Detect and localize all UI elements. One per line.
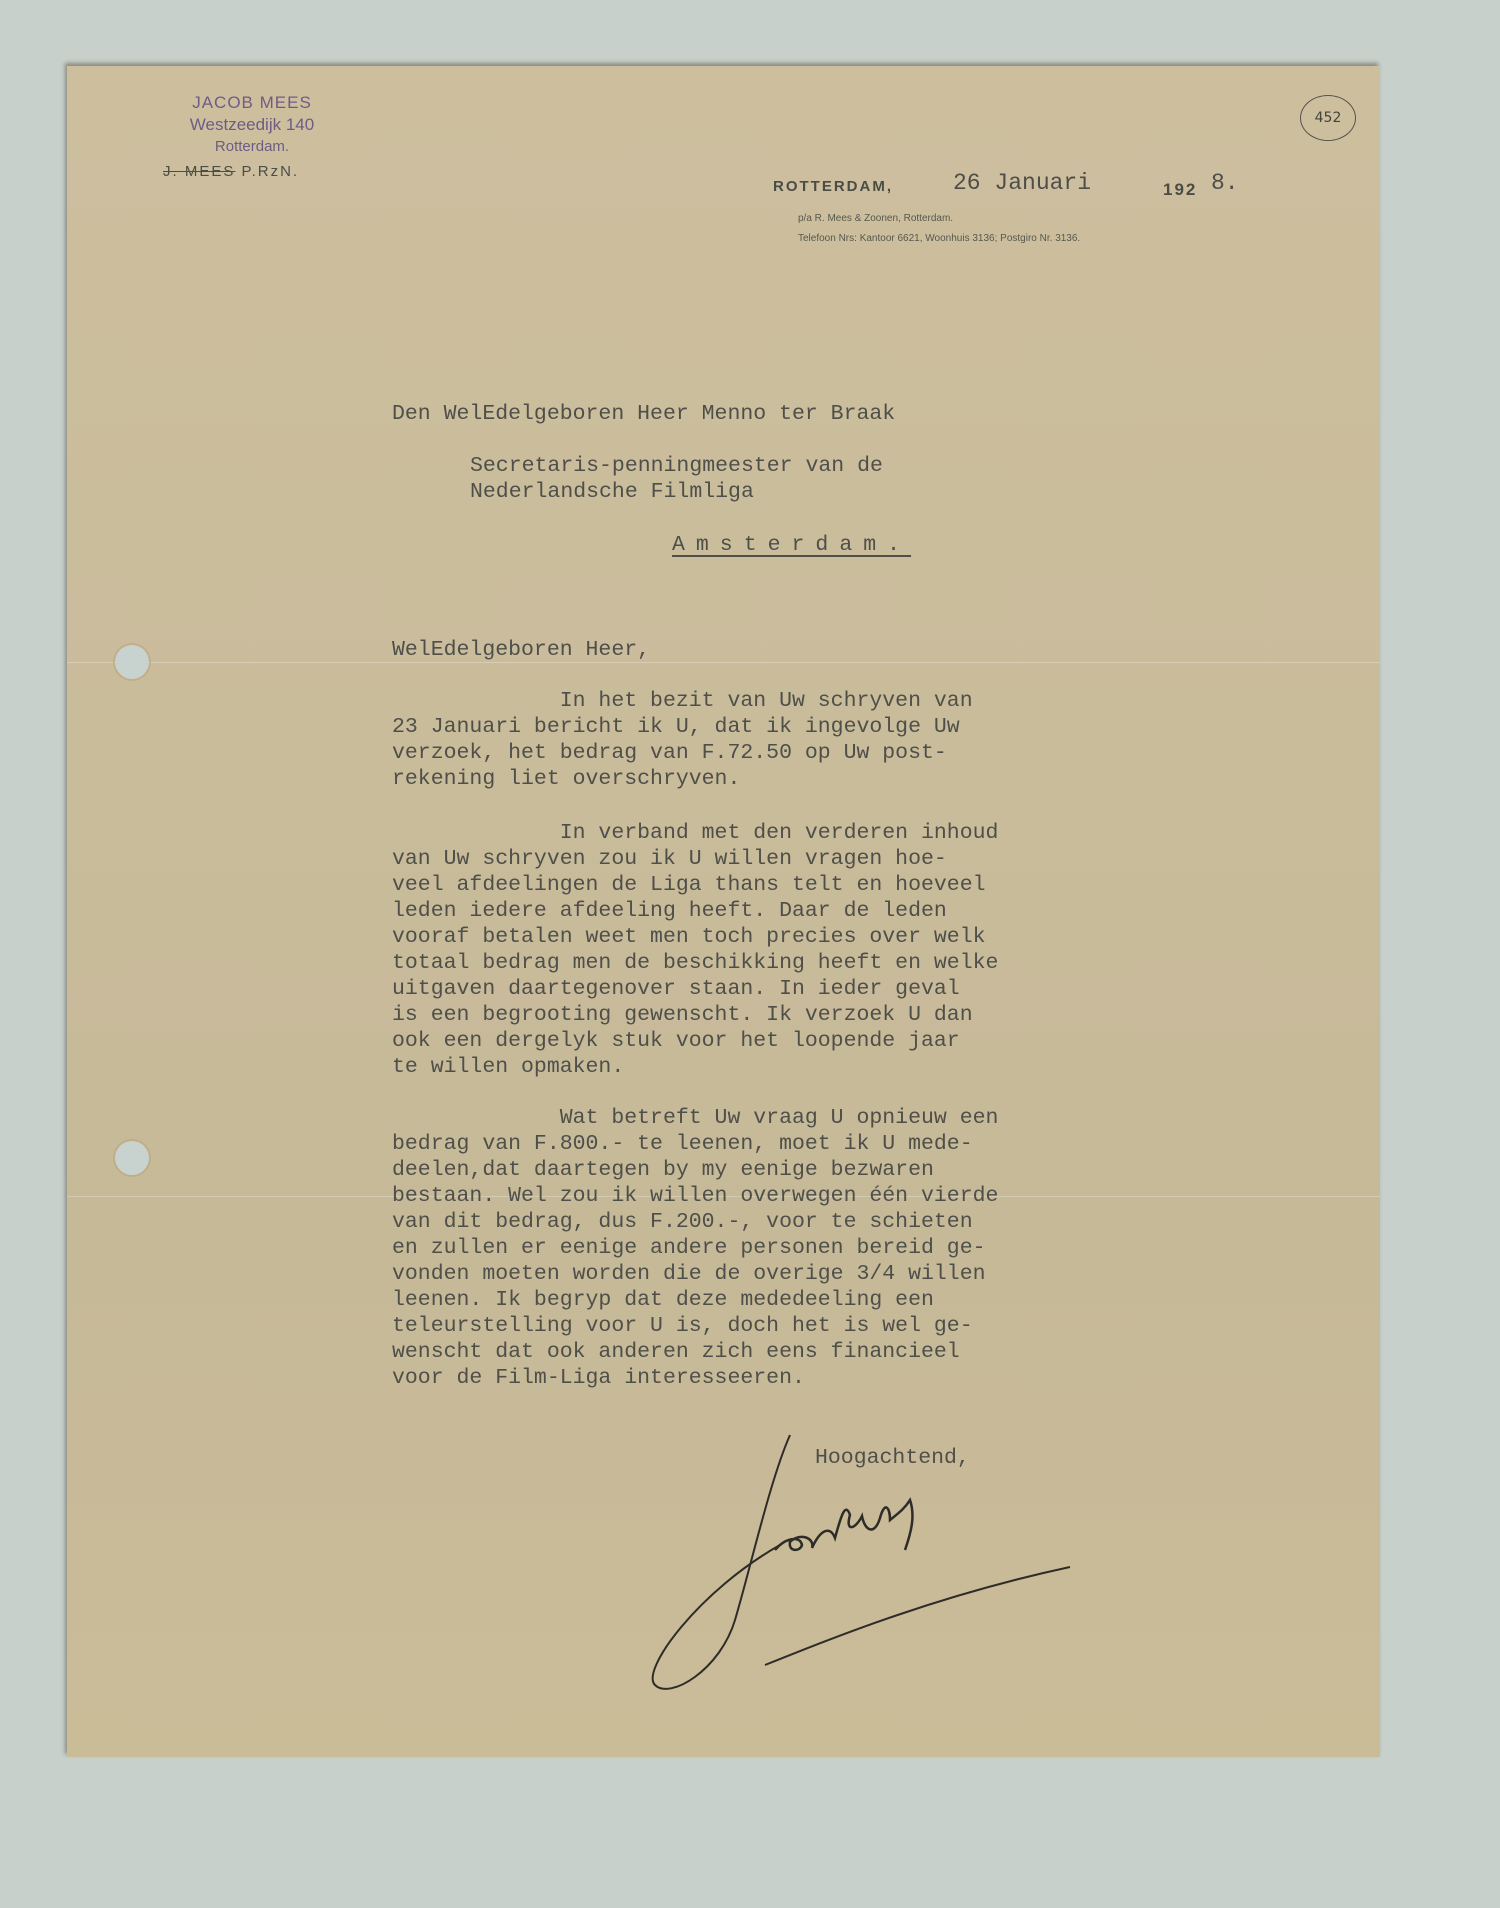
phone-line: Telefoon Nrs: Kantoor 6621, Woonhuis 313… xyxy=(798,233,1080,244)
addressee-name: Den WelEdelgeboren Heer Menno ter Braak xyxy=(392,401,895,427)
archive-number: 452 xyxy=(1300,95,1356,141)
paragraph-2: In verband met den verderen inhoud van U… xyxy=(392,820,998,1080)
printed-sender-name: J. MEES P.RzN. xyxy=(163,163,299,180)
stamp-street: Westzeedijk 140 xyxy=(142,114,362,136)
addressee-title: Secretaris-penningmeester van de xyxy=(470,453,883,479)
signature xyxy=(640,1420,1080,1700)
paragraph-3: Wat betreft Uw vraag U opnieuw een bedra… xyxy=(392,1105,998,1391)
paragraph-1: In het bezit van Uw schryven van 23 Janu… xyxy=(392,688,973,792)
name-suffix: P.RzN. xyxy=(242,163,300,180)
salutation: WelEdelgeboren Heer, xyxy=(392,637,650,663)
letterhead-stamp: JACOB MEES Westzeedijk 140 Rotterdam. xyxy=(142,92,362,158)
fold-line xyxy=(67,662,1380,663)
addressee-city: Amsterdam. xyxy=(672,532,911,558)
punch-hole xyxy=(115,645,149,679)
addressee-org: Nederlandsche Filmliga xyxy=(470,479,754,505)
punch-hole xyxy=(115,1141,149,1175)
struck-name: J. MEES xyxy=(163,163,235,180)
dateline-city: ROTTERDAM, xyxy=(773,178,893,195)
stamp-city: Rotterdam. xyxy=(142,136,362,158)
care-of-line: p/a R. Mees & Zoonen, Rotterdam. xyxy=(798,213,953,224)
dateline: ROTTERDAM, 26 Januari 192 8. xyxy=(773,178,893,196)
year-printed: 192 xyxy=(1163,180,1197,200)
year-typed: 8. xyxy=(1211,170,1239,196)
typed-date: 26 Januari xyxy=(953,170,1091,196)
stamp-name: JACOB MEES xyxy=(142,92,362,114)
